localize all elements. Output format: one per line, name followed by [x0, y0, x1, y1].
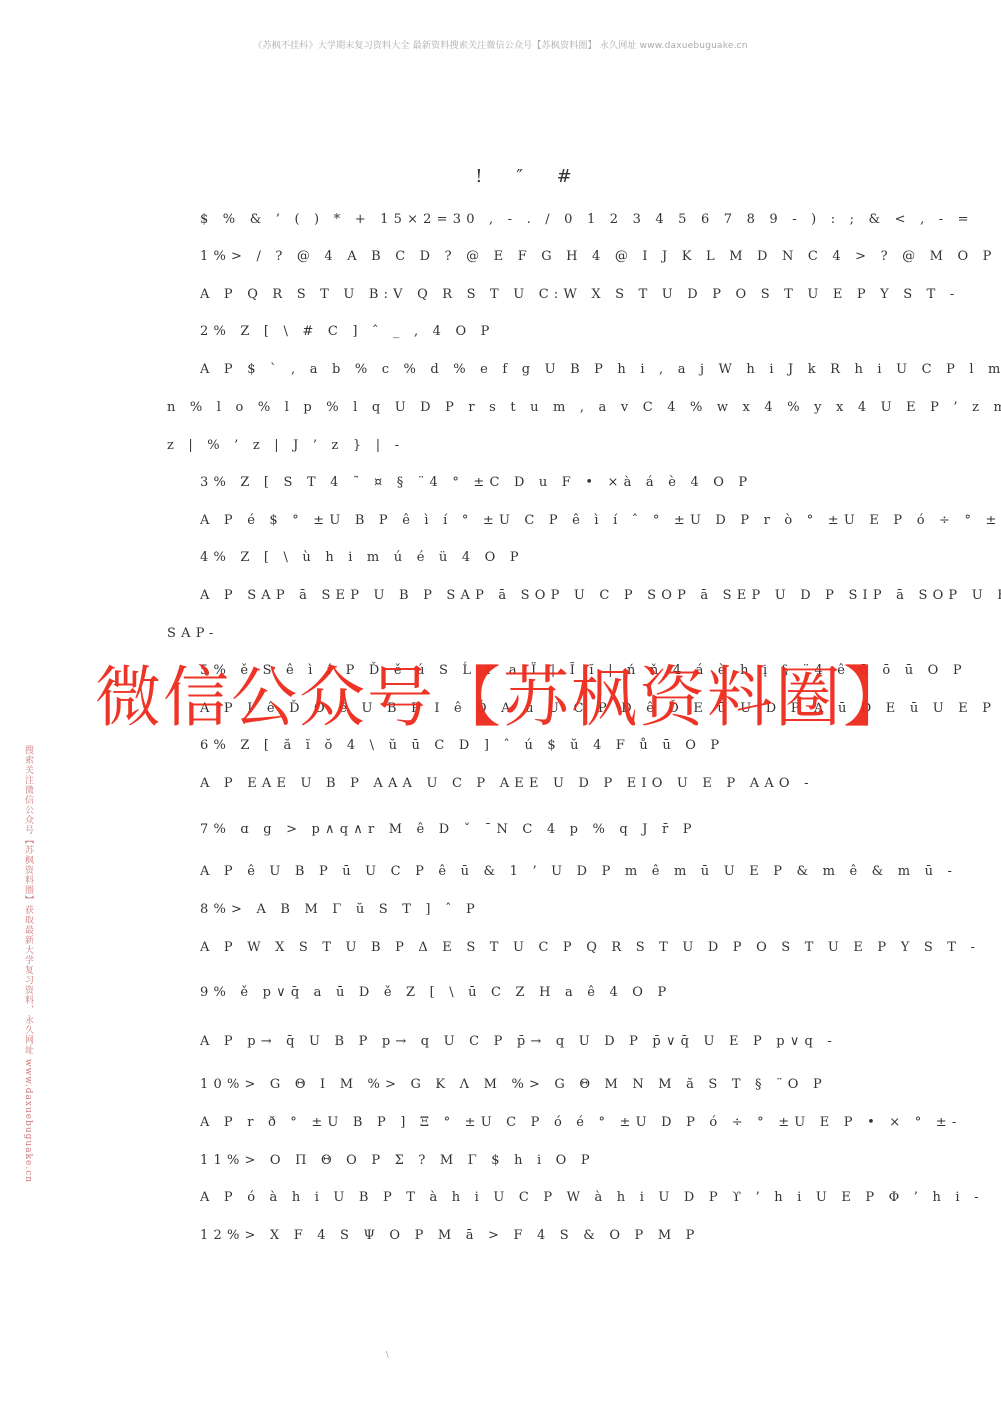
- text-line: z | % ’ z | J ’ z } | -: [167, 438, 404, 453]
- text-line: 8%> A B M Γ ŭ S T ] ˆ P: [200, 902, 480, 917]
- text-line: A P SAP ā SEP U B P SAP ā SOP U C P SOP …: [200, 588, 1001, 603]
- text-line: n % l o % l p % l q U D P r s t u m , a …: [167, 400, 1001, 415]
- text-line: 7% ɑ g > p∧q∧r M ê D ˇ ¯N C 4 p % q J r̄…: [200, 822, 697, 837]
- text-line: $ % & ’ ( ) * + 15×2=30 , - . / 0 1 2 3 …: [200, 212, 974, 227]
- page-marker: \: [386, 1350, 389, 1359]
- header-banner: 《苏枫不挂科》大学期末复习资料大全 最新资料搜索关注微信公众号【苏枫资料圈】 永…: [0, 38, 1001, 51]
- watermark: 微信公众号【苏枫资料圈】: [95, 665, 911, 731]
- text-line: A P ê U B P ū U C P ê ū & 1 ’ U D P m ê …: [200, 864, 957, 879]
- text-line: 3% Z [ S T 4 ˜ ¤ § ¨4 ° ±C D u F • ×à á …: [200, 475, 752, 490]
- text-line: 10%> G Θ I M %> G K Λ M %> G Θ M N M ă S…: [200, 1077, 827, 1092]
- text-line: 11%> O Π Θ O P Σ ? M Γ $ h i O P: [200, 1153, 595, 1168]
- text-line: A P W X S T U B P Δ E S T U C P Q R S T …: [200, 940, 980, 955]
- text-line: A P ó à h i U B P T à h i U C P W à h i …: [200, 1190, 984, 1205]
- text-line: A P $ ` , a b % c % d % e f g U B P h i …: [200, 362, 1001, 377]
- text-line: SAP-: [167, 626, 219, 641]
- text-line: 12%> X F 4 S Ψ O P M ā > F 4 S & O P M P: [200, 1228, 700, 1243]
- text-line: 9% ě p∨q̄ a ū D ě Z [ \ ū C Z H a ê 4 O …: [200, 985, 671, 1000]
- text-line: A P EAE U B P AAA U C P AEE U D P EIO U …: [200, 776, 814, 791]
- text-line: A P r ð ° ±U B P ] Ξ ° ±U C P ó é ° ±U D…: [200, 1115, 961, 1130]
- text-line: 2% Z [ \ # C ] ˆ _ , 4 O P: [200, 324, 495, 339]
- side-banner: 搜索关注微信公众号【苏枫资料圈】获取最新大学复习资料，永久网址 www.daxu…: [22, 745, 35, 1183]
- text-line: A P Q R S T U B:V Q R S T U C:W X S T U …: [200, 287, 959, 302]
- text-line: 6% Z [ ă ĭ ŏ 4 \ ŭ ū C D ] ˆ ú $ ŭ 4 F ů…: [200, 738, 724, 753]
- text-line: 1%> / ? @ 4 A B C D ? @ E F G H 4 @ I J …: [200, 249, 997, 264]
- document-title: ! ″ #: [0, 166, 1001, 187]
- text-line: A P p→ q̄ U B P p→ q U C P p̄→ q U D P p…: [200, 1034, 837, 1049]
- text-line: 4% Z [ \ ù h i m ú é ü 4 O P: [200, 550, 524, 565]
- text-line: A P é $ ° ±U B P ê ì í ° ±U C P ê ì í ˆ …: [200, 513, 1001, 528]
